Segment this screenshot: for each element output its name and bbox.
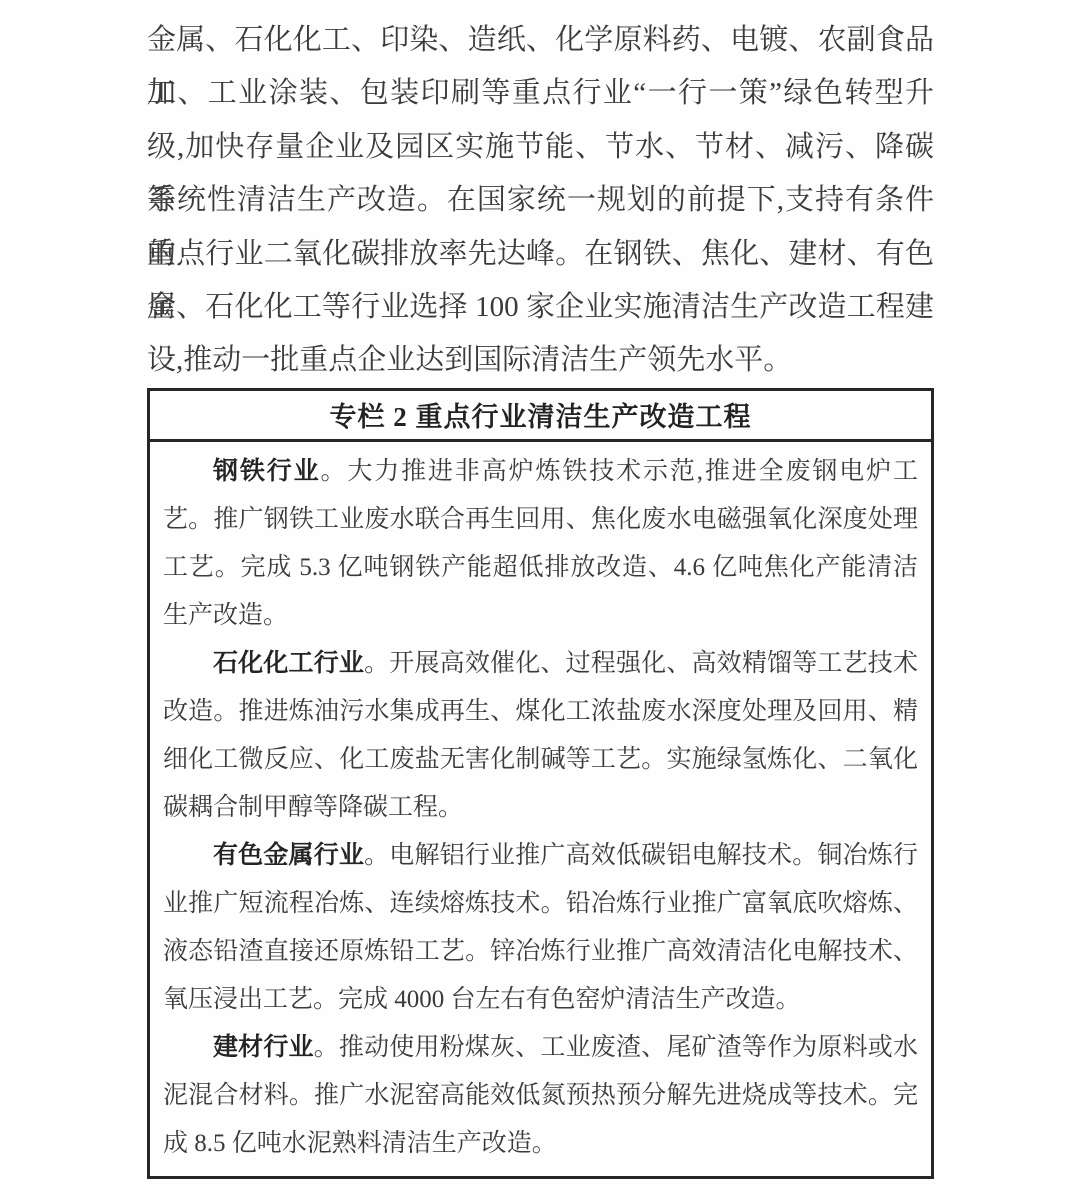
paragraph-line: 氧压浸出工艺。完成 4000 台左右有色窑炉清洁生产改造。 [163,976,918,1024]
industry-lead: 建材行业 [213,1034,314,1061]
paragraph-petrochemical: 石化化工行业。开展高效催化、过程强化、高效精馏等工艺技术 改造。推进炼油污水集成… [163,640,918,832]
paragraph-line: 泥混合材料。推广水泥窑高能效低氮预热预分解先进烧成等技术。完 [163,1072,918,1120]
paragraph-first-line: 钢铁行业。大力推进非高炉炼铁技术示范,推进全废钢电炉工 [163,448,918,496]
paragraph-nonferrous: 有色金属行业。电解铝行业推广高效低碳铝电解技术。铜冶炼行 业推广短流程冶炼、连续… [163,832,918,1024]
intro-line: 属、石化化工等行业选择 100 家企业实施清洁生产改造工程建 [147,281,934,334]
industry-lead: 有色金属行业 [213,842,364,869]
paragraph-text: 。开展高效催化、过程强化、高效精馏等工艺技术 [364,650,918,677]
column-panel: 专栏 2 重点行业清洁生产改造工程 钢铁行业。大力推进非高炉炼铁技术示范,推进全… [147,388,934,1179]
panel-body: 钢铁行业。大力推进非高炉炼铁技术示范,推进全废钢电炉工 艺。推广钢铁工业废水联合… [150,442,931,1176]
document-page: 金属、石化化工、印染、造纸、化学原料药、电镀、农副食品加 工、工业涂装、包装印刷… [0,0,1080,1191]
paragraph-first-line: 有色金属行业。电解铝行业推广高效低碳铝电解技术。铜冶炼行 [163,832,918,880]
paragraph-first-line: 建材行业。推动使用粉煤灰、工业废渣、尾矿渣等作为原料或水 [163,1024,918,1072]
intro-line: 重点行业二氧化碳排放率先达峰。在钢铁、焦化、建材、有色金 [147,228,934,281]
paragraph-steel: 钢铁行业。大力推进非高炉炼铁技术示范,推进全废钢电炉工 艺。推广钢铁工业废水联合… [163,448,918,640]
industry-lead: 钢铁行业 [213,458,321,485]
paragraph-text: 。推动使用粉煤灰、工业废渣、尾矿渣等作为原料或水 [314,1034,918,1061]
paragraph-building-materials: 建材行业。推动使用粉煤灰、工业废渣、尾矿渣等作为原料或水 泥混合材料。推广水泥窑… [163,1024,918,1168]
panel-title-row: 专栏 2 重点行业清洁生产改造工程 [150,391,931,442]
paragraph-line: 生产改造。 [163,592,918,640]
paragraph-line: 改造。推进炼油污水集成再生、煤化工浓盐废水深度处理及回用、精 [163,688,918,736]
paragraph-line: 液态铅渣直接还原炼铅工艺。锌冶炼行业推广高效清洁化电解技术、 [163,928,918,976]
panel-title: 专栏 2 重点行业清洁生产改造工程 [330,395,752,434]
intro-line: 金属、石化化工、印染、造纸、化学原料药、电镀、农副食品加 [147,14,934,67]
intro-line: 系统性清洁生产改造。在国家统一规划的前提下,支持有条件的 [147,174,934,227]
intro-paragraph: 金属、石化化工、印染、造纸、化学原料药、电镀、农副食品加 工、工业涂装、包装印刷… [147,14,934,388]
paragraph-text: 。电解铝行业推广高效低碳铝电解技术。铜冶炼行 [364,842,918,869]
intro-line: 级,加快存量企业及园区实施节能、节水、节材、减污、降碳等 [147,121,934,174]
paragraph-line: 成 8.5 亿吨水泥熟料清洁生产改造。 [163,1120,918,1168]
paragraph-text: 。大力推进非高炉炼铁技术示范,推进全废钢电炉工 [321,458,918,485]
intro-line: 工、工业涂装、包装印刷等重点行业“一行一策”绿色转型升 [147,67,934,120]
paragraph-line: 碳耦合制甲醇等降碳工程。 [163,784,918,832]
paragraph-line: 业推广短流程冶炼、连续熔炼技术。铅冶炼行业推广富氧底吹熔炼、 [163,880,918,928]
paragraph-first-line: 石化化工行业。开展高效催化、过程强化、高效精馏等工艺技术 [163,640,918,688]
industry-lead: 石化化工行业 [213,650,364,677]
paragraph-line: 艺。推广钢铁工业废水联合再生回用、焦化废水电磁强氧化深度处理 [163,496,918,544]
intro-line: 设,推动一批重点企业达到国际清洁生产领先水平。 [147,334,934,387]
paragraph-line: 细化工微反应、化工废盐无害化制碱等工艺。实施绿氢炼化、二氧化 [163,736,918,784]
paragraph-line: 工艺。完成 5.3 亿吨钢铁产能超低排放改造、4.6 亿吨焦化产能清洁 [163,544,918,592]
